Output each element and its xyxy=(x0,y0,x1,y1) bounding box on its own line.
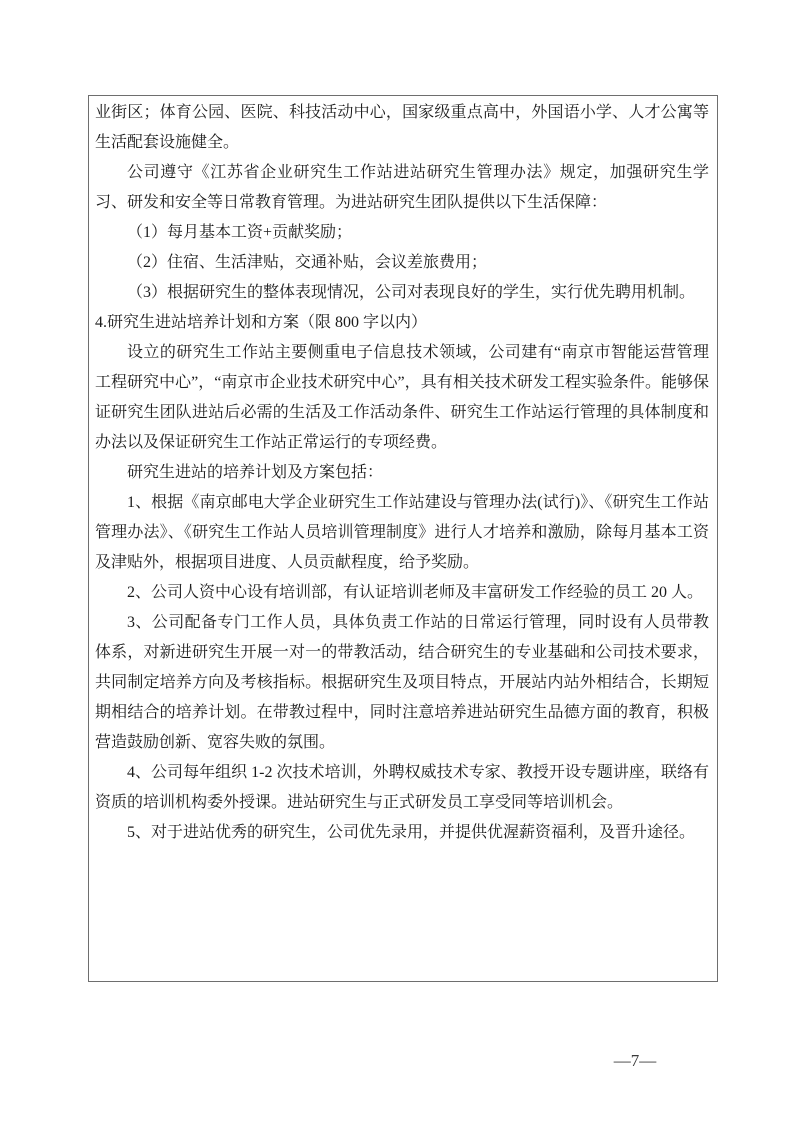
document-page: 业街区；体育公园、医院、科技活动中心，国家级重点高中，外国语小学、人才公寓等生活… xyxy=(0,0,800,1131)
paragraph-company-policy: 公司遵守《江苏省企业研究生工作站进站研究生管理办法》规定，加强研究生学习、研发和… xyxy=(95,158,709,218)
list-item-plan-5: 5、对于进站优秀的研究生，公司优先录用，并提供优渥薪资福利，及晋升途径。 xyxy=(95,818,709,848)
list-item-benefit-3: （3）根据研究生的整体表现情况，公司对表现良好的学生，实行优先聘用机制。 xyxy=(95,278,709,308)
list-item-benefit-2: （2）住宿、生活津贴，交通补贴，会议差旅费用； xyxy=(95,248,709,278)
form-table-cell: 业街区；体育公园、医院、科技活动中心，国家级重点高中，外国语小学、人才公寓等生活… xyxy=(88,95,718,982)
list-item-plan-2: 2、公司人资中心设有培训部，有认证培训老师及丰富研发工作经验的员工 20 人。 xyxy=(95,578,709,608)
paragraph-workstation-intro: 设立的研究生工作站主要侧重电子信息技术领域，公司建有“南京市智能运营管理工程研究… xyxy=(95,338,709,458)
page-number: —7— xyxy=(585,1050,685,1072)
paragraph-continued-from-previous-page: 业街区；体育公园、医院、科技活动中心，国家级重点高中，外国语小学、人才公寓等生活… xyxy=(95,98,709,158)
list-item-benefit-1: （1）每月基本工资+贡献奖励； xyxy=(95,218,709,248)
paragraph-plan-lead-in: 研究生进站的培养计划及方案包括： xyxy=(95,458,709,488)
section4-title: 4.研究生进站培养计划和方案（限 800 字以内） xyxy=(95,308,709,338)
list-item-plan-4: 4、公司每年组织 1-2 次技术培训，外聘权威技术专家、教授开设专题讲座，联络有… xyxy=(95,758,709,818)
list-item-plan-1: 1、根据《南京邮电大学企业研究生工作站建设与管理办法(试行)》、《研究生工作站管… xyxy=(95,488,709,578)
list-item-plan-3: 3、公司配备专门工作人员，具体负责工作站的日常运行管理，同时设有人员带教体系，对… xyxy=(95,608,709,758)
